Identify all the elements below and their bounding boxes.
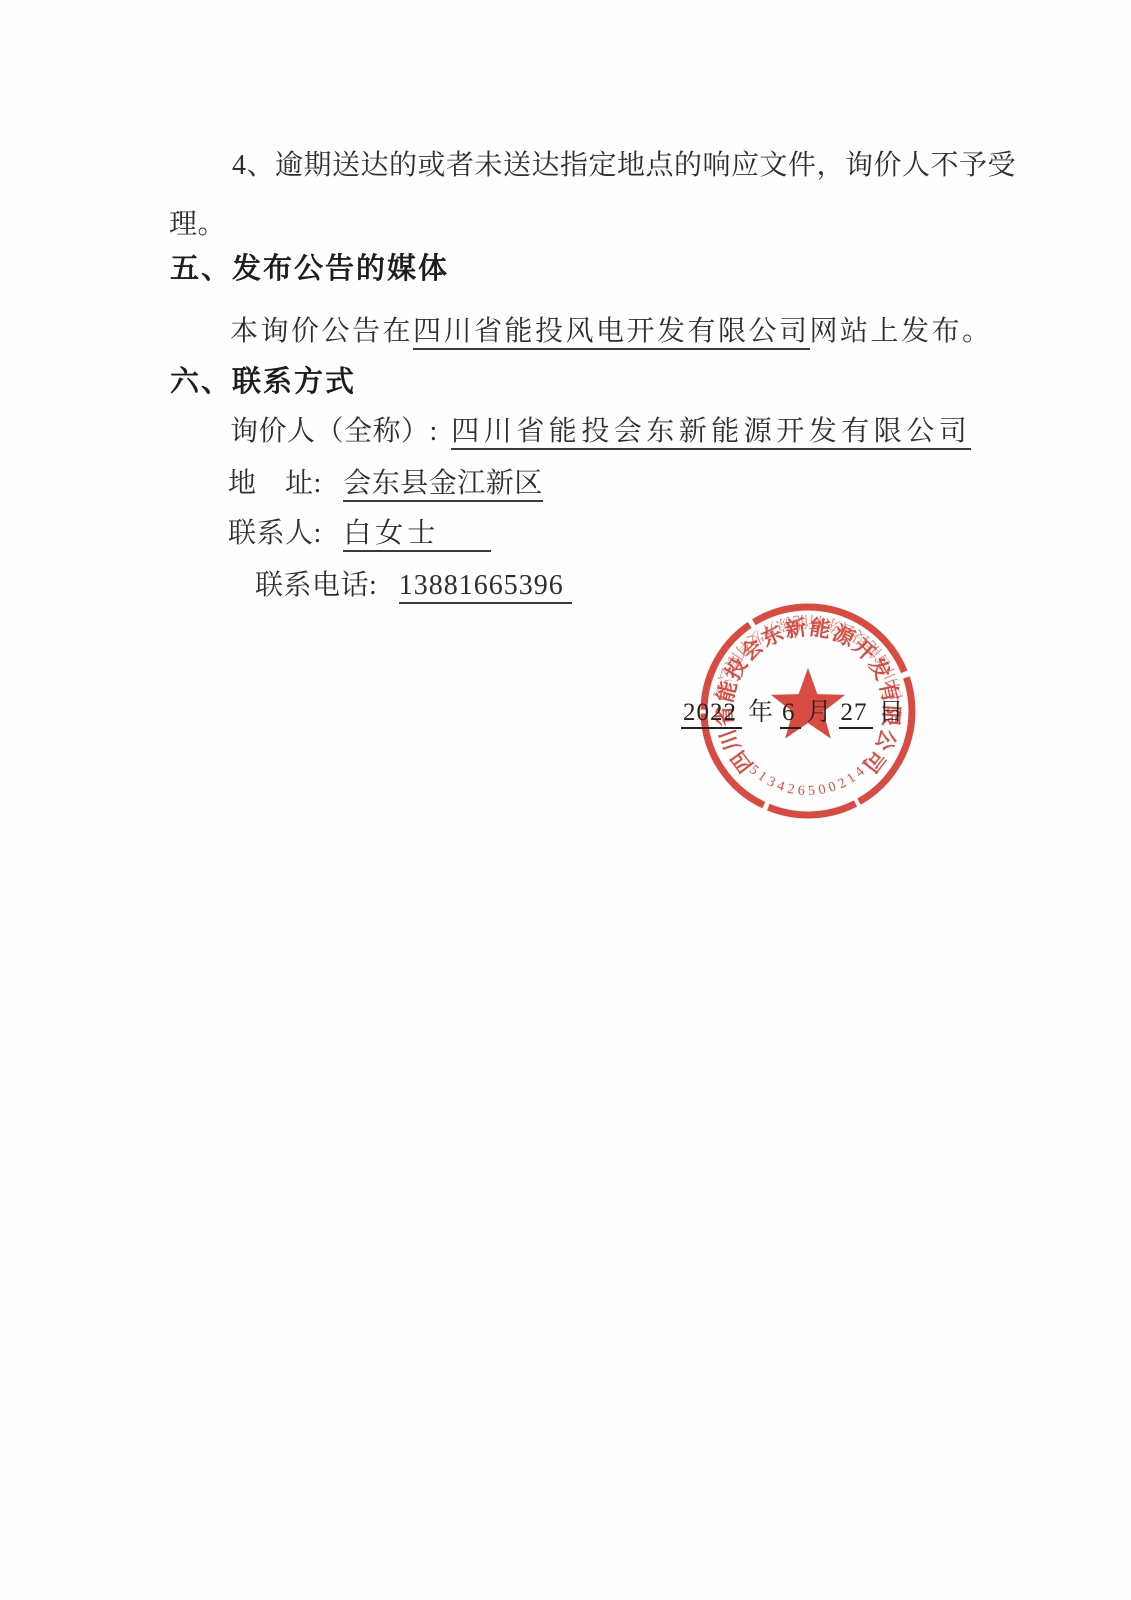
inquirer-value: 四川省能投会东新能源开发有限公司 — [451, 416, 971, 450]
date-day-unit: 日 — [879, 699, 905, 726]
document-page: 4、逾期送达的或者未送达指定地点的响应文件，询价人不予受 理。 五、发布公告的媒… — [0, 0, 1131, 1600]
date-day: 27 — [839, 699, 873, 729]
phone-line: 联系电话: 13881665396 — [255, 570, 572, 602]
address-value: 会东县金江新区 — [343, 468, 543, 502]
date-line: 2022年6月27日 — [681, 699, 911, 728]
contact-value: 白女士 — [343, 518, 491, 552]
section5-heading: 五、发布公告的媒体 — [170, 253, 449, 286]
seal-code: 5134265002147 — [746, 755, 878, 800]
date-year: 2022 — [681, 699, 742, 729]
contact-line: 联系人: 白女士 — [228, 518, 491, 550]
phone-label: 联系电话: — [255, 570, 377, 601]
contact-label: 联系人: — [228, 518, 322, 549]
publish-prefix: 本询价公告在 — [230, 316, 413, 347]
phone-value: 13881665396 — [399, 570, 572, 604]
paragraph-item4-line1: 4、逾期送达的或者未送达指定地点的响应文件，询价人不予受 — [232, 150, 1016, 182]
inquirer-line: 询价人（全称）: 四川省能投会东新能源开发有限公司 — [230, 416, 971, 448]
publish-suffix: 网站上发布。 — [810, 316, 993, 347]
date-month-unit: 月 — [807, 699, 833, 726]
address-line: 地 址: 会东县金江新区 — [228, 468, 543, 500]
publish-company-underlined: 四川省能投风电开发有限公司 — [413, 316, 810, 350]
paragraph-item4-line2: 理。 — [169, 209, 226, 241]
section6-heading: 六、联系方式 — [170, 366, 356, 399]
date-month: 6 — [780, 699, 801, 729]
address-label: 地 址: — [228, 468, 322, 499]
date-year-unit: 年 — [748, 699, 774, 726]
inquirer-label: 询价人（全称）: — [230, 416, 438, 447]
publish-paragraph: 本询价公告在四川省能投风电开发有限公司网站上发布。 — [230, 316, 993, 348]
svg-text:5134265002147: 5134265002147 — [746, 755, 878, 800]
